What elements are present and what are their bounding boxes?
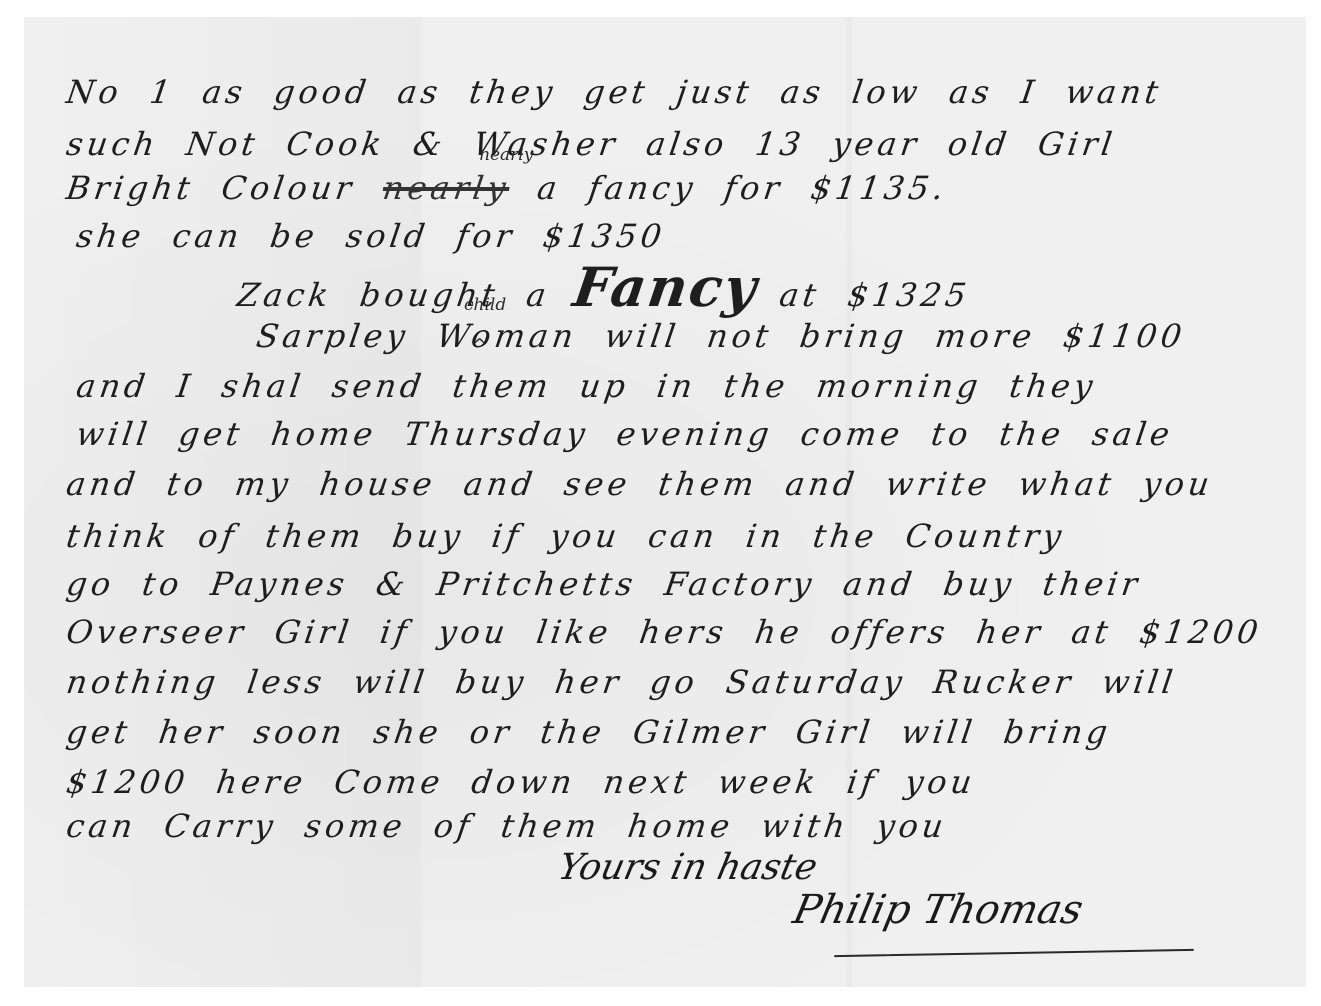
letter-line-10: think of them buy if you can in the Coun… (64, 517, 1068, 555)
letter-page: No 1 as good as they get just as low as … (24, 17, 1306, 987)
line-5-text-b: at $1325 (777, 276, 972, 314)
line-3-text-a: Bright Colour (64, 169, 358, 207)
line-6-text-b: will not bring more $1100 (602, 317, 1188, 355)
fancy-word: Fancy (569, 255, 762, 319)
letter-line-9: and to my house and see them and write w… (64, 465, 1216, 503)
struck-word: nearly (381, 169, 513, 207)
letter-line-15: $1200 here Come down next week if you (64, 763, 978, 801)
insertion-child: child (464, 295, 506, 315)
letter-line-7: and I shal send them up in the morning t… (74, 367, 1099, 405)
signature-flourish (834, 949, 1194, 957)
letter-line-6: Sarpley Woman will not bring more $1100 (254, 317, 1188, 355)
letter-line-11: go to Paynes & Pritchetts Factory and bu… (64, 565, 1144, 603)
signature: Philip Thomas (789, 887, 1087, 933)
closing-text: Yours in haste (555, 847, 821, 888)
letter-line-4: she can be sold for $1350 (74, 217, 668, 255)
letter-line-12: Overseer Girl if you like hers he offers… (64, 613, 1264, 651)
letter-line-3: Bright Colour nearly a fancy for $1135. (64, 169, 950, 207)
letter-line-8: will get home Thursday evening come to t… (74, 415, 1176, 453)
insertion-nearly: nearly (479, 145, 533, 165)
line-6-text-a: Sarpley Woman (254, 317, 580, 355)
letter-line-13: nothing less will buy her go Saturday Ru… (64, 663, 1179, 701)
letter-line-16: can Carry some of them home with you (64, 807, 949, 845)
letter-line-5: Zack bought a Fancy at $1325 (234, 255, 975, 319)
line-3-text-b: a fancy for $1135. (535, 169, 950, 207)
letter-line-2: such Not Cook & Washer also 13 year old … (64, 125, 1118, 163)
letter-line-14: get her soon she or the Gilmer Girl will… (64, 713, 1114, 751)
letter-line-1: No 1 as good as they get just as low as … (64, 73, 1165, 111)
